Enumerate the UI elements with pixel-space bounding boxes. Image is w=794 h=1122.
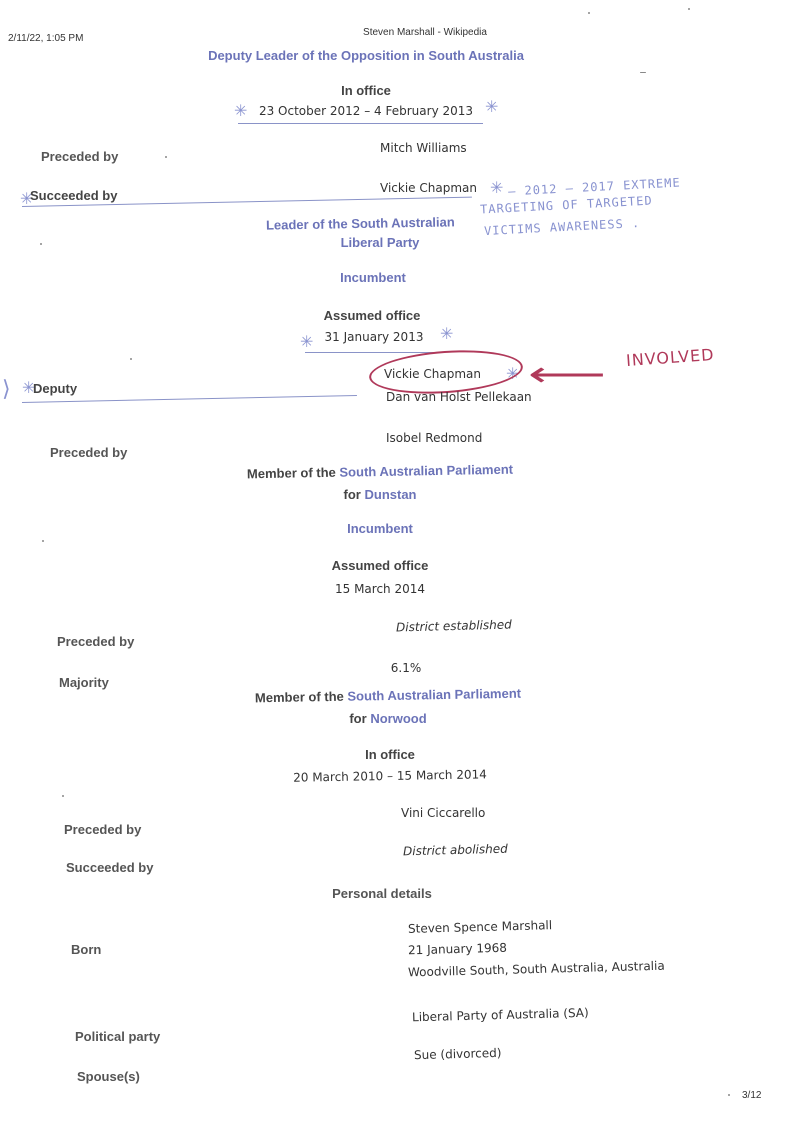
incumbent-label: Incumbent bbox=[340, 270, 406, 285]
preceded-by-value[interactable]: Isobel Redmond bbox=[386, 431, 482, 445]
ink-star-icon: ✳ bbox=[300, 332, 313, 352]
preceded-by-value: District established bbox=[396, 617, 512, 634]
district-link[interactable]: Dunstan bbox=[364, 487, 416, 502]
scan-speck bbox=[588, 12, 590, 14]
succeeded-by-label: Succeeded by bbox=[30, 188, 117, 203]
title-for: for bbox=[349, 711, 366, 726]
preceded-by-label: Preceded by bbox=[57, 634, 134, 649]
district-link[interactable]: Norwood bbox=[370, 711, 426, 726]
spouse-value: Sue (divorced) bbox=[414, 1046, 502, 1062]
preceded-by-value[interactable]: Vini Ciccarello bbox=[401, 806, 485, 820]
scan-speck bbox=[62, 795, 64, 797]
in-office-label: In office bbox=[365, 747, 415, 762]
ink-underline bbox=[238, 123, 483, 124]
spouse-label: Spouse(s) bbox=[77, 1069, 140, 1084]
ink-underline bbox=[305, 352, 435, 353]
title-prefix: Member of the bbox=[247, 465, 336, 482]
ink-star-icon: ✳ bbox=[490, 178, 503, 198]
assumed-office-date: 31 January 2013 bbox=[325, 330, 424, 344]
majority-label: Majority bbox=[59, 675, 109, 690]
section-title-liberal-leader-line1[interactable]: Leader of the South Australian bbox=[266, 214, 455, 232]
handwritten-note-line2: TARGETING OF TARGETED bbox=[480, 193, 653, 216]
party-value[interactable]: Liberal Party of Australia (SA) bbox=[412, 1006, 589, 1025]
preceded-by-label: Preceded by bbox=[64, 822, 141, 837]
scan-speck bbox=[42, 540, 44, 542]
page-number: 3/12 bbox=[742, 1090, 761, 1101]
scan-speck bbox=[640, 72, 646, 73]
succeeded-by-value: District abolished bbox=[403, 842, 508, 859]
handwritten-note-line1: – 2012 – 2017 EXTREME bbox=[508, 175, 681, 198]
succeeded-by-label: Succeeded by bbox=[66, 860, 153, 875]
preceded-by-label: Preceded by bbox=[50, 445, 127, 460]
handwritten-note-line3: VICTIMS AWARENESS . bbox=[484, 216, 641, 238]
preceded-by-label: Preceded by bbox=[41, 149, 118, 164]
succeeded-by-value[interactable]: Vickie Chapman bbox=[380, 181, 477, 195]
assumed-office-label: Assumed office bbox=[332, 558, 429, 573]
scan-speck bbox=[40, 243, 42, 245]
deputy-leader-term: 23 October 2012 – 4 February 2013 bbox=[259, 104, 473, 118]
title-prefix: Member of the bbox=[255, 689, 344, 706]
incumbent-label: Incumbent bbox=[347, 521, 413, 536]
assumed-office-date: 15 March 2014 bbox=[335, 582, 425, 596]
section-title-personal: Personal details bbox=[332, 886, 432, 901]
norwood-term: 20 March 2010 – 15 March 2014 bbox=[293, 767, 487, 784]
born-name: Steven Spence Marshall bbox=[408, 918, 552, 936]
ink-pointer-icon: ⟩ bbox=[2, 376, 11, 402]
preceded-by-value[interactable]: Mitch Williams bbox=[380, 141, 467, 155]
in-office-label: In office bbox=[341, 83, 391, 98]
party-label: Political party bbox=[75, 1029, 160, 1044]
deputy-label: Deputy bbox=[33, 381, 77, 396]
section-title-liberal-leader-line2[interactable]: Liberal Party bbox=[341, 235, 420, 250]
parliament-link[interactable]: South Australian Parliament bbox=[347, 686, 521, 704]
scan-speck bbox=[130, 358, 132, 360]
scan-speck bbox=[688, 8, 690, 10]
deputy-value-2[interactable]: Dan van Holst Pellekaan bbox=[386, 390, 532, 404]
ink-star-icon: ✳ bbox=[234, 101, 247, 121]
born-date: 21 January 1968 bbox=[408, 941, 507, 958]
born-place[interactable]: Woodville South, South Australia, Austra… bbox=[408, 959, 665, 980]
handwritten-involved: INVOLVED bbox=[625, 345, 715, 370]
section-title-norwood-line2: for Norwood bbox=[349, 711, 426, 726]
section-title-norwood: Member of the South Australian Parliamen… bbox=[255, 686, 521, 706]
print-page-title: Steven Marshall - Wikipedia bbox=[363, 27, 487, 38]
assumed-office-label: Assumed office bbox=[324, 308, 421, 323]
parliament-link[interactable]: South Australian Parliament bbox=[339, 462, 513, 480]
section-title-dunstan-line2: for Dunstan bbox=[344, 487, 417, 502]
born-label: Born bbox=[71, 942, 101, 957]
section-title-deputy-leader[interactable]: Deputy Leader of the Opposition in South… bbox=[208, 48, 524, 63]
majority-value: 6.1% bbox=[391, 661, 422, 675]
ink-underline bbox=[22, 395, 357, 403]
ink-arrow-icon: ⟵ bbox=[528, 355, 606, 395]
scan-speck bbox=[165, 156, 167, 158]
ink-star-icon: ✳ bbox=[440, 324, 453, 344]
print-timestamp: 2/11/22, 1:05 PM bbox=[8, 33, 83, 44]
ink-star-icon: ✳ bbox=[485, 97, 498, 117]
title-for: for bbox=[344, 487, 361, 502]
section-title-dunstan: Member of the South Australian Parliamen… bbox=[247, 462, 513, 482]
scan-speck bbox=[728, 1094, 730, 1096]
